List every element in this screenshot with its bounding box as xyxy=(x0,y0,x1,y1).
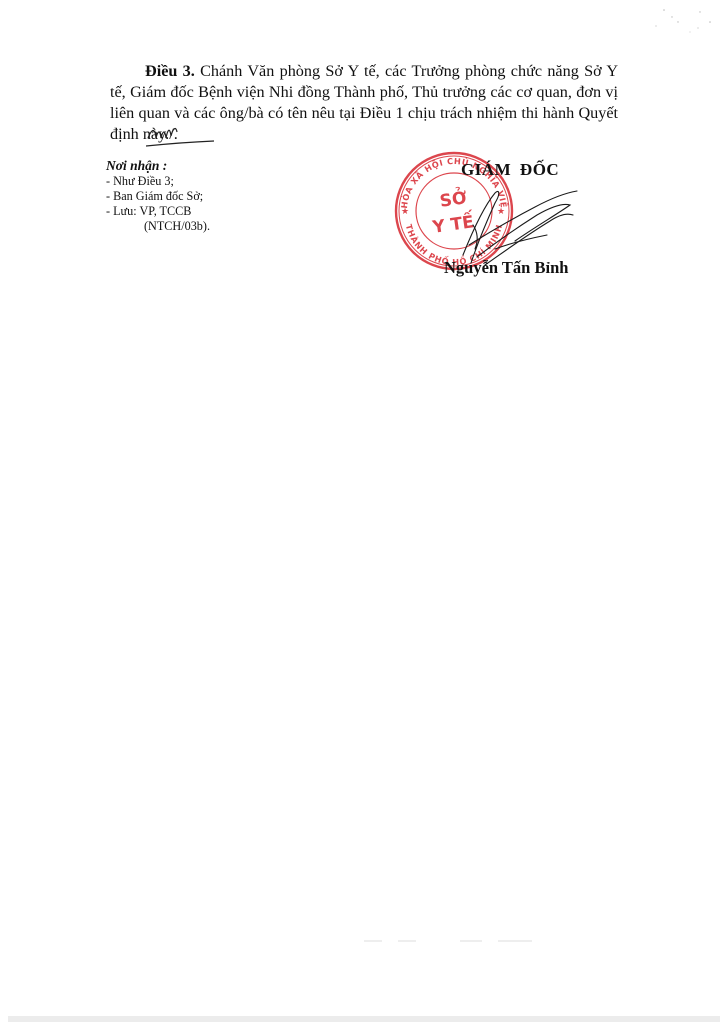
signer-title: GIÁM ĐỐC xyxy=(461,160,559,180)
signer-name: Nguyễn Tấn Bỉnh xyxy=(444,258,568,278)
recipient-sub-note: (NTCH/03b). xyxy=(106,219,210,234)
recipients-title: Nơi nhận : xyxy=(106,158,210,174)
scan-edge xyxy=(8,1016,720,1022)
article-label: Điều 3. xyxy=(145,62,195,80)
recipient-item: - Ban Giám đốc Sở; xyxy=(106,189,210,204)
scan-bleed-through xyxy=(360,936,540,946)
recipient-item: - Lưu: VP, TCCB xyxy=(106,204,210,219)
document-page: Điều 3. Chánh Văn phòng Sở Y tế, các Trư… xyxy=(0,0,724,1024)
initials-mark-icon xyxy=(146,124,216,150)
recipient-item: - Như Điều 3; xyxy=(106,174,210,189)
scan-noise xyxy=(650,4,720,34)
recipients-block: Nơi nhận : - Như Điều 3; - Ban Giám đốc … xyxy=(106,158,210,234)
svg-text:★: ★ xyxy=(401,207,409,217)
